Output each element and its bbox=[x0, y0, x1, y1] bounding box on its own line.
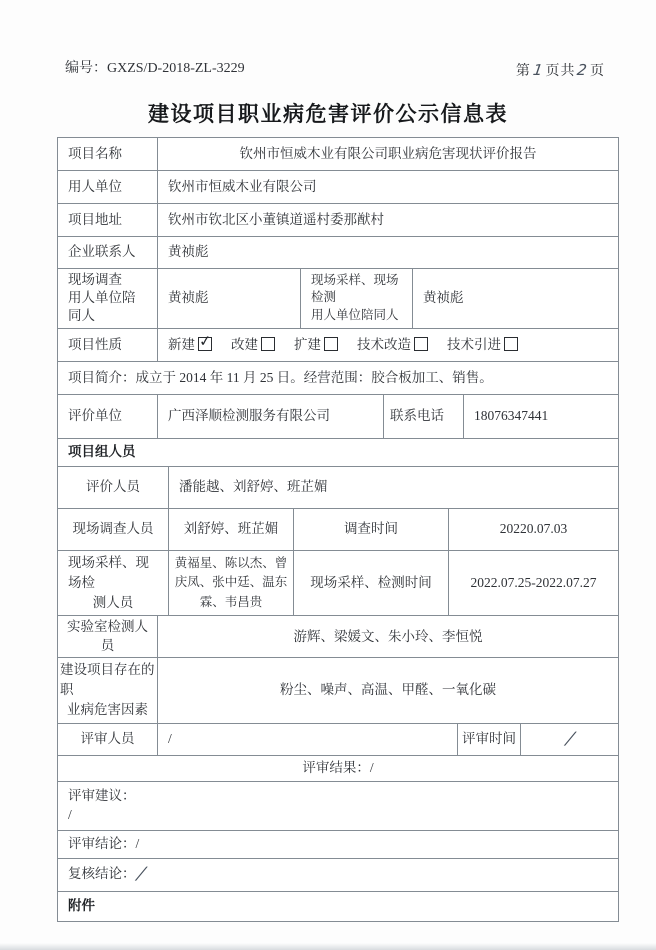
evaluators-value: 潘能越、刘舒婷、班芷媚 bbox=[169, 467, 619, 509]
row-review-result: 评审结果：/ bbox=[58, 756, 619, 782]
site-sampling-label: 现场采样、现场检 测人员 bbox=[58, 551, 169, 617]
row-site-sampling: 现场采样、现场检 测人员 黄福星、陈以杰、曾庆凤、张中廷、温东霖、韦昌贵 现场采… bbox=[58, 551, 619, 617]
survey-time-value: 20220.07.03 bbox=[449, 509, 619, 551]
reviewers-value: / bbox=[158, 724, 458, 756]
option-tech-import: 技术引进 bbox=[447, 336, 518, 354]
survey-accompany-label-line2: 用人单位陪同人 bbox=[68, 289, 147, 325]
review-result: 评审结果：/ bbox=[58, 756, 619, 782]
recheck-conclusion: 复核结论：/ bbox=[58, 859, 619, 892]
row-company-contact: 企业联系人 黄祯彪 bbox=[58, 237, 619, 269]
review-result-value: / bbox=[370, 759, 374, 777]
evaluators-label: 评价人员 bbox=[58, 467, 169, 509]
employer-value: 钦州市恒威木业有限公司 bbox=[158, 171, 619, 204]
review-time-label: 评审时间 bbox=[458, 724, 521, 756]
project-nature-options: 新建✓ 改建 扩建 技术改造 技术引进 bbox=[158, 329, 619, 362]
option-rebuild: 改建 bbox=[231, 336, 275, 354]
form-table: 项目名称 钦州市恒威木业有限公司职业病危害现状评价报告 用人单位 钦州市恒威木业… bbox=[57, 137, 619, 922]
project-name-label: 项目名称 bbox=[58, 138, 158, 171]
hazards-label-line2: 业病危害因素 bbox=[67, 700, 148, 720]
sampling-accompany-label: 现场采样、现场检测 用人单位陪同人 bbox=[301, 269, 413, 329]
checkbox-tech-import bbox=[504, 337, 518, 351]
sampling-accompany-person: 黄祯彪 bbox=[413, 269, 619, 329]
review-suggestion-label: 评审建议： bbox=[68, 787, 136, 805]
form-title: 建设项目职业病危害评价公示信息表 bbox=[0, 101, 656, 129]
hazards-label: 建设项目存在的职 业病危害因素 bbox=[58, 658, 158, 724]
row-evaluators: 评价人员 潘能越、刘舒婷、班芷媚 bbox=[58, 467, 619, 509]
sampling-time-value: 2022.07.25-2022.07.27 bbox=[449, 551, 619, 617]
review-conclusion: 评审结论：/ bbox=[58, 831, 619, 859]
page-suffix: 页 bbox=[590, 64, 605, 79]
reviewers-label: 评审人员 bbox=[58, 724, 158, 756]
project-nature-label: 项目性质 bbox=[58, 329, 158, 362]
evaluation-org-label: 评价单位 bbox=[58, 395, 158, 439]
hazards-label-line1: 建设项目存在的职 bbox=[60, 660, 155, 701]
page-indicator: 第1页共2页 bbox=[516, 60, 605, 82]
row-team-section: 项目组人员 bbox=[58, 439, 619, 467]
checkbox-tech-upgrade bbox=[414, 337, 428, 351]
checkbox-expansion bbox=[324, 337, 338, 351]
site-sampling-value: 黄福星、陈以杰、曾庆凤、张中廷、温东霖、韦昌贵 bbox=[169, 551, 294, 617]
sampling-time-label: 现场采样、检测时间 bbox=[294, 551, 449, 617]
lab-staff-label: 实验室检测人员 bbox=[58, 616, 158, 657]
sampling-accompany-label-line1: 现场采样、现场检测 bbox=[311, 272, 402, 306]
team-section-header: 项目组人员 bbox=[58, 439, 619, 467]
row-review-conclusion: 评审结论：/ bbox=[58, 831, 619, 859]
attachment-label: 附件 bbox=[58, 892, 619, 922]
hazards-value: 粉尘、噪声、高温、甲醛、一氧化碳 bbox=[158, 658, 619, 724]
site-survey-label: 现场调查人员 bbox=[58, 509, 169, 551]
survey-time-label: 调查时间 bbox=[294, 509, 449, 551]
scan-edge-shadow bbox=[0, 943, 656, 950]
row-reviewers: 评审人员 / 评审时间 / bbox=[58, 724, 619, 756]
row-site-survey: 现场调查人员 刘舒婷、班芷媚 调查时间 20220.07.03 bbox=[58, 509, 619, 551]
review-suggestion: 评审建议： / bbox=[58, 782, 619, 831]
option-new-construction: 新建✓ bbox=[168, 336, 212, 354]
project-address-value: 钦州市钦北区小董镇道遥村委那猷村 bbox=[158, 204, 619, 237]
handwritten-slash: / bbox=[561, 728, 578, 751]
phone-value: 18076347441 bbox=[464, 395, 619, 439]
project-address-label: 项目地址 bbox=[58, 204, 158, 237]
row-accompany: 现场调查 用人单位陪同人 黄祯彪 现场采样、现场检测 用人单位陪同人 黄祯彪 bbox=[58, 269, 619, 329]
survey-accompany-label-line1: 现场调查 bbox=[68, 271, 122, 289]
survey-accompany-person: 黄祯彪 bbox=[158, 269, 301, 329]
evaluation-org-value: 广西泽顺检测服务有限公司 bbox=[158, 395, 384, 439]
project-intro-text: 项目简介：成立于 2014 年 11 月 25 日。经营范围：胶合板加工、销售。 bbox=[58, 362, 619, 395]
sampling-accompany-label-line2: 用人单位陪同人 bbox=[311, 307, 399, 324]
row-hazards: 建设项目存在的职 业病危害因素 粉尘、噪声、高温、甲醛、一氧化碳 bbox=[58, 658, 619, 724]
employer-label: 用人单位 bbox=[58, 171, 158, 204]
phone-label: 联系电话 bbox=[384, 395, 464, 439]
site-sampling-label-line1: 现场采样、现场检 bbox=[68, 553, 158, 594]
review-time-value: / bbox=[521, 724, 619, 756]
site-survey-value: 刘舒婷、班芷媚 bbox=[169, 509, 294, 551]
page-mid: 页共 bbox=[545, 64, 575, 79]
review-conclusion-value: / bbox=[136, 835, 140, 853]
company-contact-value: 黄祯彪 bbox=[158, 237, 619, 269]
page-total-handwritten: 2 bbox=[574, 60, 591, 80]
doc-number: 编号：GXZS/D-2018-ZL-3229 bbox=[65, 60, 245, 82]
row-review-suggestion: 评审建议： / bbox=[58, 782, 619, 831]
company-contact-label: 企业联系人 bbox=[58, 237, 158, 269]
row-project-address: 项目地址 钦州市钦北区小董镇道遥村委那猷村 bbox=[58, 204, 619, 237]
option-expansion: 扩建 bbox=[294, 336, 338, 354]
row-attachment: 附件 bbox=[58, 892, 619, 922]
handwritten-check-icon: ✓ bbox=[198, 330, 213, 351]
row-evaluation-org: 评价单位 广西泽顺检测服务有限公司 联系电话 18076347441 bbox=[58, 395, 619, 439]
row-project-name: 项目名称 钦州市恒威木业有限公司职业病危害现状评价报告 bbox=[58, 138, 619, 171]
row-employer: 用人单位 钦州市恒威木业有限公司 bbox=[58, 171, 619, 204]
option-tech-upgrade: 技术改造 bbox=[357, 336, 428, 354]
page-current-handwritten: 1 bbox=[529, 60, 546, 80]
page-header: 编号：GXZS/D-2018-ZL-3229 第1页共2页 bbox=[65, 60, 605, 82]
row-recheck-conclusion: 复核结论：/ bbox=[58, 859, 619, 892]
lab-staff-value: 游辉、梁媛文、朱小玲、李恒悦 bbox=[158, 616, 619, 657]
survey-accompany-label: 现场调查 用人单位陪同人 bbox=[58, 269, 158, 329]
row-project-nature: 项目性质 新建✓ 改建 扩建 技术改造 技术引进 bbox=[58, 329, 619, 362]
site-sampling-label-line2: 测人员 bbox=[93, 593, 134, 613]
row-project-intro: 项目简介：成立于 2014 年 11 月 25 日。经营范围：胶合板加工、销售。 bbox=[58, 362, 619, 395]
checkbox-new-construction-checked: ✓ bbox=[198, 337, 212, 351]
checkbox-rebuild bbox=[261, 337, 275, 351]
project-name-value: 钦州市恒威木业有限公司职业病危害现状评价报告 bbox=[158, 138, 619, 171]
row-lab-staff: 实验室检测人员 游辉、梁媛文、朱小玲、李恒悦 bbox=[58, 616, 619, 657]
review-suggestion-value: / bbox=[68, 806, 72, 824]
page-prefix: 第 bbox=[516, 64, 531, 79]
